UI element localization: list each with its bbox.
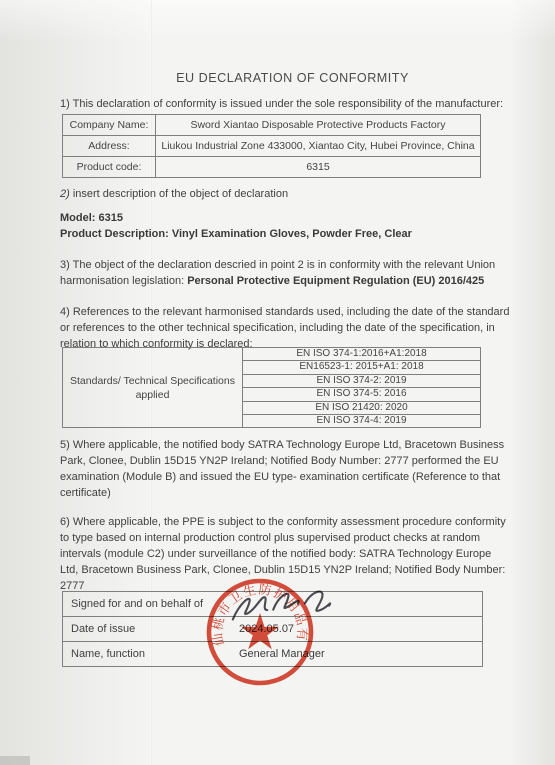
company-name-value: Sword Xiantao Disposable Protective Prod…: [156, 115, 481, 136]
standards-label: Standards/ Technical Specifications appl…: [63, 348, 243, 428]
product-code-value: 6315: [156, 157, 481, 178]
scan-corner-mark: [0, 756, 30, 765]
paragraph-2-text: insert description of the object of decl…: [70, 188, 288, 200]
table-row: Product code: 6315: [63, 157, 481, 178]
standard-item: EN ISO 374-5: 2016: [243, 388, 481, 401]
product-description-line: Product Description: Vinyl Examination G…: [60, 226, 512, 242]
paragraph-3-regulation: Personal Protective Equipment Regulation…: [187, 275, 484, 287]
standards-table: Standards/ Technical Specifications appl…: [62, 347, 481, 428]
paragraph-2: 2) insert description of the object of d…: [60, 186, 512, 202]
standard-item: EN ISO 374-2: 2019: [243, 374, 481, 387]
standard-item: EN16523-1: 2015+A1: 2018: [243, 361, 481, 374]
scan-shading-top: [0, 0, 555, 42]
standard-item: EN ISO 374-1:2016+A1:2018: [243, 348, 481, 361]
paragraph-3: 3) The object of the declaration descrie…: [60, 257, 512, 289]
name-function-label: Name, function: [63, 648, 145, 660]
scanned-declaration-page: EU DECLARATION OF CONFORMITY 1) This dec…: [0, 0, 555, 765]
document-title: EU DECLARATION OF CONFORMITY: [30, 71, 555, 85]
paragraph-4: 4) References to the relevant harmonised…: [60, 304, 512, 352]
scan-shading-right: [509, 0, 555, 765]
address-label: Address:: [63, 136, 156, 157]
paragraph-2-number: 2): [60, 188, 70, 200]
product-code-label: Product code:: [63, 157, 156, 178]
paragraph-5: 5) Where applicable, the notified body S…: [60, 437, 512, 501]
standard-item: EN ISO 21420: 2020: [243, 401, 481, 414]
standard-item: EN ISO 374-4: 2019: [243, 414, 481, 427]
table-row: Company Name: Sword Xiantao Disposable P…: [63, 115, 481, 136]
company-name-label: Company Name:: [63, 115, 156, 136]
date-of-issue-label: Date of issue: [63, 623, 135, 635]
table-row: Standards/ Technical Specifications appl…: [63, 348, 481, 361]
model-line: Model: 6315: [60, 210, 512, 226]
paragraph-1: 1) This declaration of conformity is iss…: [60, 96, 512, 112]
table-row: Address: Liukou Industrial Zone 433000, …: [63, 136, 481, 157]
manufacturer-table: Company Name: Sword Xiantao Disposable P…: [62, 114, 481, 178]
signed-on-behalf-label: Signed for and on behalf of: [63, 598, 203, 610]
address-value: Liukou Industrial Zone 433000, Xiantao C…: [156, 136, 481, 157]
